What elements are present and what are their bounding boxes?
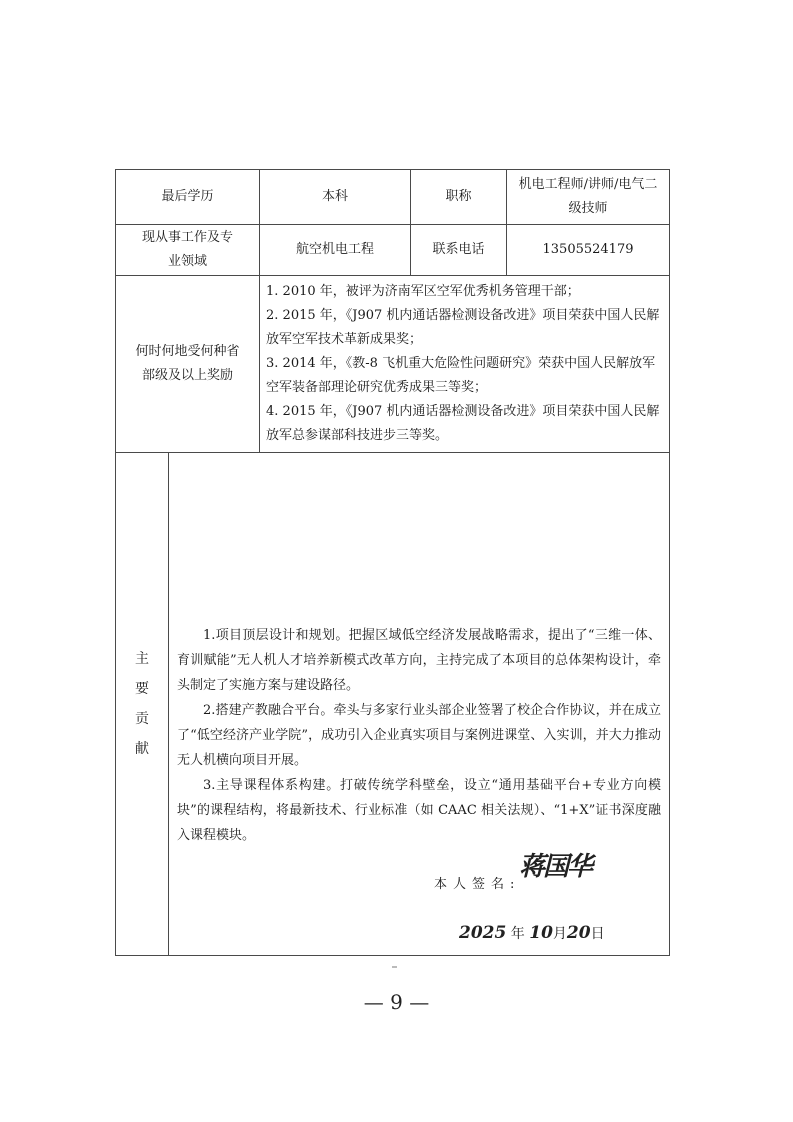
table-row-contributions: 主 要 贡 献 1.项目顶层设计和规划。把握区域低空经济发展战略需求，提出了“三… [116, 453, 670, 956]
label-char: 主 [116, 644, 168, 674]
date-month: 10 [529, 923, 553, 943]
contributions-content: 1.项目顶层设计和规划。把握区域低空经济发展战略需求，提出了“三维一体、育训赋能… [169, 453, 670, 956]
label-phone: 联系电话 [411, 225, 507, 276]
value-phone: 13505524179 [507, 225, 670, 276]
award-item: 1. 2010 年，被评为济南军区空军优秀机务管理干部； [266, 280, 663, 304]
table-row-field: 现从事工作及专业领域 航空机电工程 联系电话 13505524179 [116, 225, 670, 276]
award-item: 4. 2015 年，《J907 机内通话器检测设备改进》项目荣获中国人民解放军总… [266, 400, 663, 448]
signature-label: 本人签名: [434, 873, 520, 897]
date-year-unit: 年 [511, 926, 525, 942]
contributions-body: 1.项目顶层设计和规划。把握区域低空经济发展战略需求，提出了“三维一体、育训赋能… [177, 623, 661, 848]
contribution-paragraph: 1.项目顶层设计和规划。把握区域低空经济发展战略需求，提出了“三维一体、育训赋能… [177, 623, 661, 698]
signature-date: 2025 年 10月20日 [459, 921, 605, 946]
label-char: 献 [116, 734, 168, 764]
date-day: 20 [567, 923, 591, 943]
value-title: 机电工程师/讲师/电气二级技师 [507, 170, 670, 225]
awards-list: 1. 2010 年，被评为济南军区空军优秀机务管理干部； 2. 2015 年，《… [260, 276, 670, 453]
date-month-unit: 月 [553, 926, 567, 942]
value-education: 本科 [260, 170, 411, 225]
value-field: 航空机电工程 [260, 225, 411, 276]
table-row-education: 最后学历 本科 职称 机电工程师/讲师/电气二级技师 [116, 170, 670, 225]
label-char: 要 [116, 674, 168, 704]
date-year: 2025 [459, 923, 506, 943]
label-awards: 何时何地受何种省部级及以上奖励 [116, 276, 260, 453]
scan-mark [392, 966, 397, 968]
label-education: 最后学历 [116, 170, 260, 225]
table-row-awards: 何时何地受何种省部级及以上奖励 1. 2010 年，被评为济南军区空军优秀机务管… [116, 276, 670, 453]
personal-info-table: 最后学历 本科 职称 机电工程师/讲师/电气二级技师 现从事工作及专业领域 航空… [115, 169, 670, 956]
label-field: 现从事工作及专业领域 [116, 225, 260, 276]
label-title: 职称 [411, 170, 507, 225]
award-item: 2. 2015 年，《J907 机内通话器检测设备改进》项目荣获中国人民解放军空… [266, 304, 663, 352]
label-char: 贡 [116, 704, 168, 734]
award-item: 3. 2014 年，《教-8 飞机重大危险性问题研究》荣获中国人民解放军空军装备… [266, 352, 663, 400]
document-page: 最后学历 本科 职称 机电工程师/讲师/电气二级技师 现从事工作及专业领域 航空… [0, 0, 793, 1122]
contribution-paragraph: 3.主导课程体系构建。打破传统学科壁垒，设立“通用基础平台+专业方向模块”的课程… [177, 773, 661, 848]
handwritten-signature: 蒋国华 [519, 855, 591, 879]
page-number: — 9 — [0, 990, 793, 1014]
contribution-paragraph: 2.搭建产教融合平台。牵头与多家行业头部企业签署了校企合作协议，并在成立了“低空… [177, 698, 661, 773]
label-contributions: 主 要 贡 献 [116, 453, 169, 956]
date-day-unit: 日 [591, 926, 605, 942]
